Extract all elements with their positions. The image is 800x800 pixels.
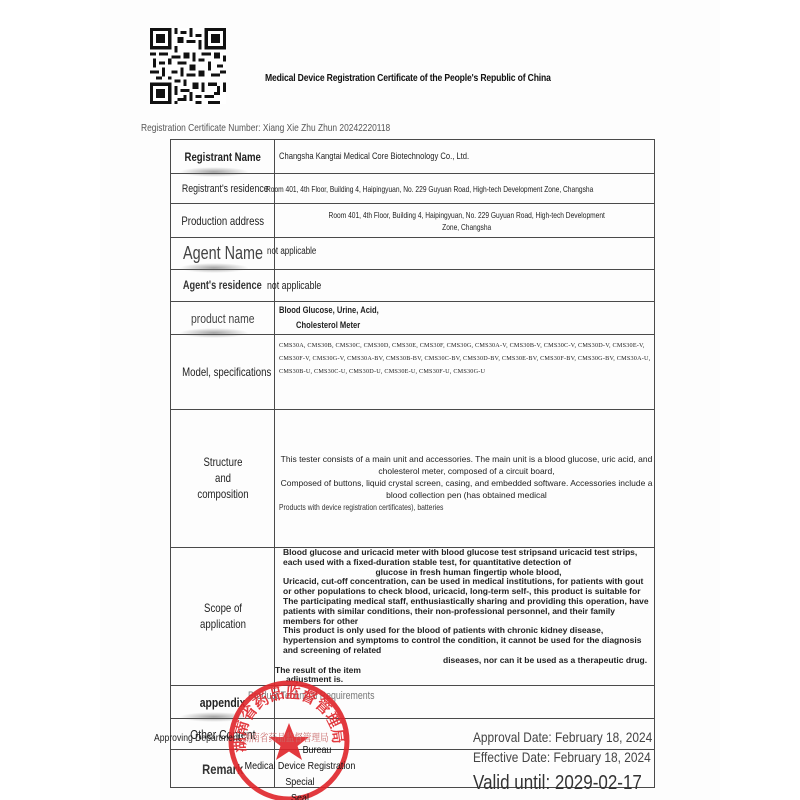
label-product-name: product name <box>171 302 275 335</box>
row-agent-name: Agent Name not applicable <box>171 238 655 270</box>
value-registrant-residence: Room 401, 4th Floor, Building 4, Haiping… <box>275 174 655 204</box>
registration-number-value: Xiang Xie Zhu Zhun 20242220118 <box>263 122 390 134</box>
value-agent-residence: not applicable <box>275 270 655 302</box>
value-product-name: Blood Glucose, Urine, Acid, Cholesterol … <box>275 302 655 335</box>
registration-number: Registration Certificate Number: Xiang X… <box>141 122 390 134</box>
certificate-title: Medical Device Registration Certificate … <box>265 72 551 84</box>
row-agent-residence: Agent's residence not applicable <box>171 270 655 302</box>
row-model-specifications: Model, specifications CMS30A, CMS30B, CM… <box>171 335 655 410</box>
label-registrant-name: Registrant Name <box>171 140 275 174</box>
valid-until: Valid until: 2029-02-17 <box>473 773 652 793</box>
label-model-specifications: Model, specifications <box>171 335 275 410</box>
label-production-address: Production address <box>171 204 275 238</box>
approval-date: Approval Date: February 18, 2024 <box>473 727 652 747</box>
registration-number-label: Registration Certificate Number: <box>141 122 261 134</box>
label-structure-composition: Structure and composition <box>171 410 275 548</box>
label-registrant-residence: Registrant's residence <box>171 174 275 204</box>
label-agent-name: Agent Name <box>171 238 275 270</box>
bureau-line-1: Bureau <box>232 742 368 758</box>
approving-department-label: Approving Department: <box>154 732 243 744</box>
label-scope-application: Scope of application <box>171 548 275 686</box>
bureau-seal-caption: Bureau Medical Device Registration Speci… <box>232 742 368 800</box>
value-agent-name: not applicable <box>275 238 655 270</box>
value-appendix: Product Technical Requirements <box>275 686 655 719</box>
bureau-line-3: Seal <box>232 790 368 800</box>
label-agent-residence: Agent's residence <box>171 270 275 302</box>
certificate-table: Registrant Name Changsha Kangtai Medical… <box>170 139 655 788</box>
row-structure-composition: Structure and composition This tester co… <box>171 410 655 548</box>
value-production-address: Room 401, 4th Floor, Building 4, Haiping… <box>275 204 655 238</box>
value-registrant-name: Changsha Kangtai Medical Core Biotechnol… <box>275 140 655 174</box>
row-registrant-residence: Registrant's residence Room 401, 4th Flo… <box>171 174 655 204</box>
effective-date: Effective Date: February 18, 2024 <box>473 747 652 767</box>
bureau-line-2: Medical Device Registration Special <box>232 758 368 790</box>
value-model-specifications: CMS30A, CMS30B, CMS30C, CMS30D, CMS30E, … <box>275 335 655 410</box>
row-product-name: product name Blood Glucose, Urine, Acid,… <box>171 302 655 335</box>
certificate-dates: Approval Date: February 18, 2024 Effecti… <box>473 727 652 793</box>
row-production-address: Production address Room 401, 4th Floor, … <box>171 204 655 238</box>
row-appendix: appendix Product Technical Requirements <box>171 686 655 719</box>
row-registrant-name: Registrant Name Changsha Kangtai Medical… <box>171 140 655 174</box>
value-structure-composition: This tester consists of a main unit and … <box>275 410 655 548</box>
value-scope-application: Blood glucose and uricacid meter with bl… <box>275 548 655 686</box>
qr-code-icon <box>150 28 226 104</box>
row-scope-application: Scope of application Blood glucose and u… <box>171 548 655 686</box>
